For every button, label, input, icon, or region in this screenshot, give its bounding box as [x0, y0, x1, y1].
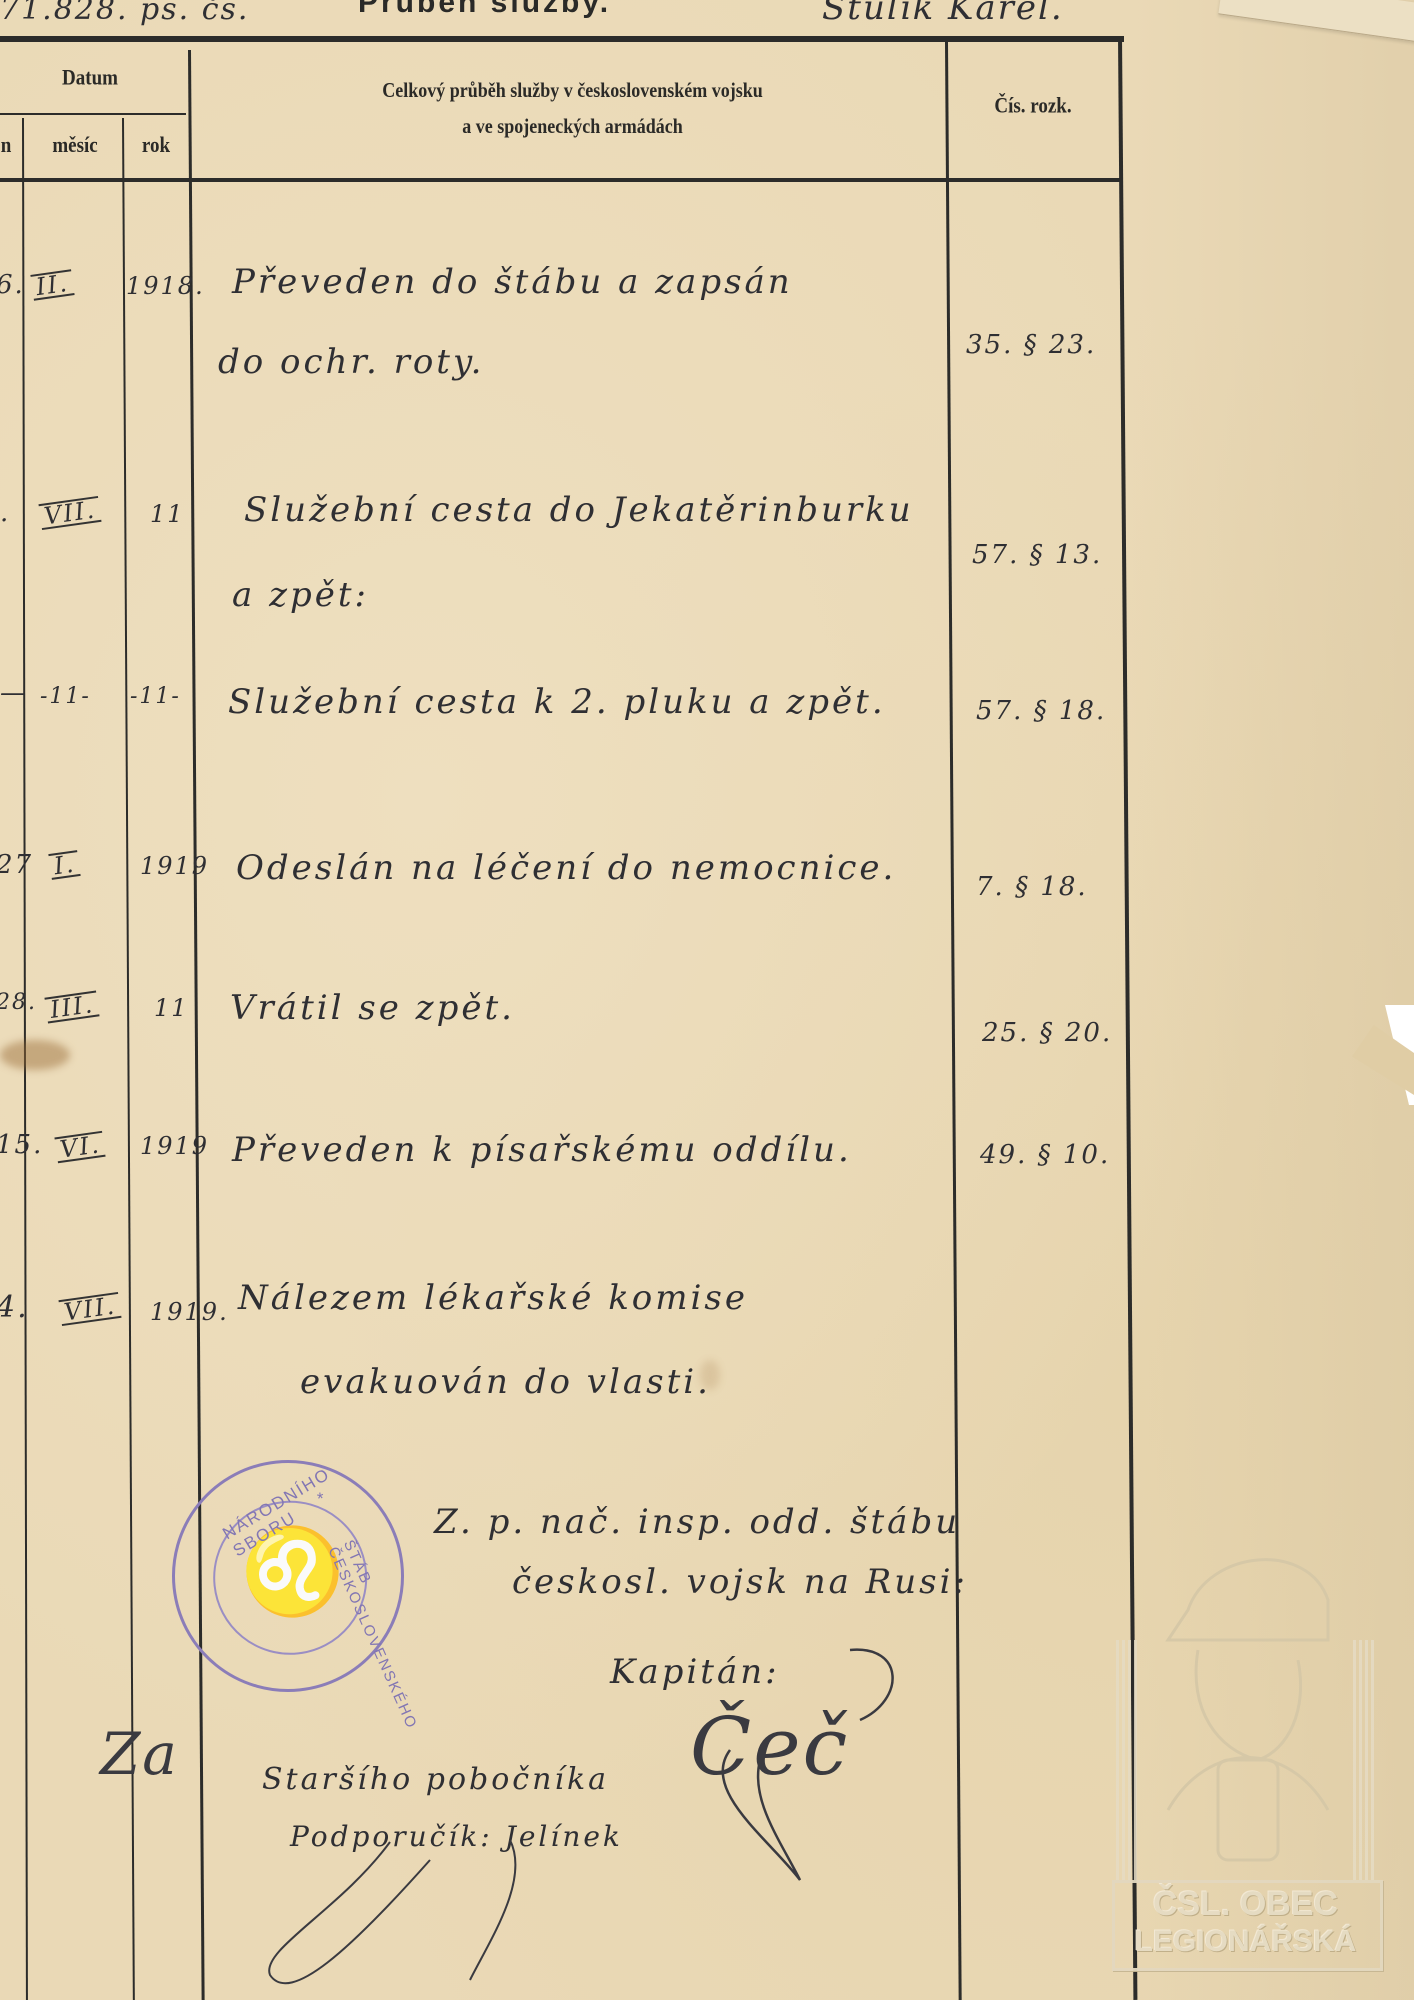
- row-year: 1918.: [126, 272, 205, 300]
- form-title: Průběh služby.: [358, 0, 611, 20]
- row-reference: 57. § 18.: [976, 696, 1106, 726]
- header-reference: Čís. rozk.: [948, 94, 1118, 119]
- row-description-line2: a zpět:: [232, 575, 369, 615]
- row-description: Nálezem lékařské komise: [238, 1278, 748, 1318]
- row-year: 1919: [140, 852, 209, 880]
- row-year: 1919: [140, 1132, 209, 1160]
- row-month: I.: [48, 850, 80, 880]
- row-day: —: [0, 678, 28, 708]
- stain: [0, 1040, 70, 1070]
- file-number: 71.828. ps. čs.: [0, 0, 249, 27]
- soldier-name: Stulík Karel.: [822, 0, 1064, 28]
- header-bottom-rule: [0, 178, 1120, 182]
- row-description: Služební cesta do Jekatěrinburku: [244, 490, 914, 530]
- watermark-line1: ČSL. OBEC: [1108, 1885, 1383, 1924]
- row-description: Služební cesta k 2. pluku a zpět.: [228, 682, 886, 722]
- row-reference: 49. § 10.: [980, 1140, 1110, 1170]
- header-description: Celkový průběh služby v československém …: [200, 78, 945, 102]
- row-month: II.: [30, 269, 74, 300]
- row-month: III.: [44, 991, 99, 1024]
- row-month: VII.: [58, 1292, 121, 1326]
- watermark-line2: LEGIONÁŘSKÁ: [1108, 1925, 1383, 1959]
- row-month: -11-: [40, 684, 91, 709]
- row-year: 11: [150, 500, 185, 528]
- top-thick-rule: [0, 36, 1124, 42]
- row-description: Odeslán na léčení do nemocnice.: [236, 848, 896, 888]
- row-description: Převeden do štábu a zapsán: [232, 262, 793, 302]
- row-year: 1919.: [150, 1298, 229, 1326]
- row-month: VI.: [54, 1131, 106, 1163]
- col-rule-description: [945, 42, 962, 2000]
- row-description: Převeden k písařskému oddílu.: [232, 1130, 852, 1170]
- signature-flourish: [230, 1800, 730, 2000]
- row-reference: 57. § 13.: [972, 540, 1102, 570]
- signature-line2: českosl. vojsk na Rusi:: [512, 1562, 968, 1602]
- header-description-line2: a ve spojeneckých armádách: [200, 114, 945, 138]
- row-day: 27: [0, 850, 33, 880]
- watermark-bars-left: [1116, 1640, 1138, 1880]
- header-month: měsíc: [30, 133, 120, 158]
- deputy-line1: Staršího pobočníka: [262, 1762, 609, 1797]
- datum-divider: [0, 113, 186, 115]
- row-day: 28.: [0, 990, 37, 1015]
- row-reference: 35. § 23.: [966, 330, 1096, 360]
- row-day: 15.: [0, 1130, 43, 1160]
- row-description-line2: do ochr. roty.: [218, 342, 484, 382]
- row-year: 11: [154, 994, 189, 1022]
- row-description-line2: evakuován do vlasti.: [300, 1362, 711, 1402]
- captain-signature-flourish: [690, 1640, 920, 1900]
- col-rule-year: [188, 50, 205, 2000]
- col-rule-month: [122, 118, 135, 2000]
- deputy-prefix: Za: [100, 1720, 179, 1788]
- watermark-bars-right: [1353, 1640, 1375, 1880]
- header-day: n: [0, 133, 14, 158]
- row-reference: 7. § 18.: [976, 872, 1088, 902]
- header-year: rok: [126, 133, 186, 158]
- row-day: .: [0, 498, 10, 528]
- row-description: Vrátil se zpět.: [230, 988, 515, 1028]
- signature-line1: Z. p. nač. insp. odd. štábu: [434, 1502, 960, 1542]
- soldier-emblem-icon: [1148, 1530, 1348, 1870]
- row-year: -11-: [130, 684, 181, 709]
- stain: [700, 1360, 720, 1390]
- row-reference: 25. § 20.: [982, 1018, 1112, 1048]
- document-header: 71.828. ps. čs. Průběh služby. Stulík Ka…: [0, 0, 1140, 32]
- header-datum: Datum: [30, 66, 150, 91]
- row-day: 4.: [0, 1290, 29, 1325]
- legion-watermark: ČSL. OBEC LEGIONÁŘSKÁ: [1108, 1530, 1383, 1970]
- row-day: 6.: [0, 270, 25, 300]
- row-month: VII.: [38, 496, 101, 530]
